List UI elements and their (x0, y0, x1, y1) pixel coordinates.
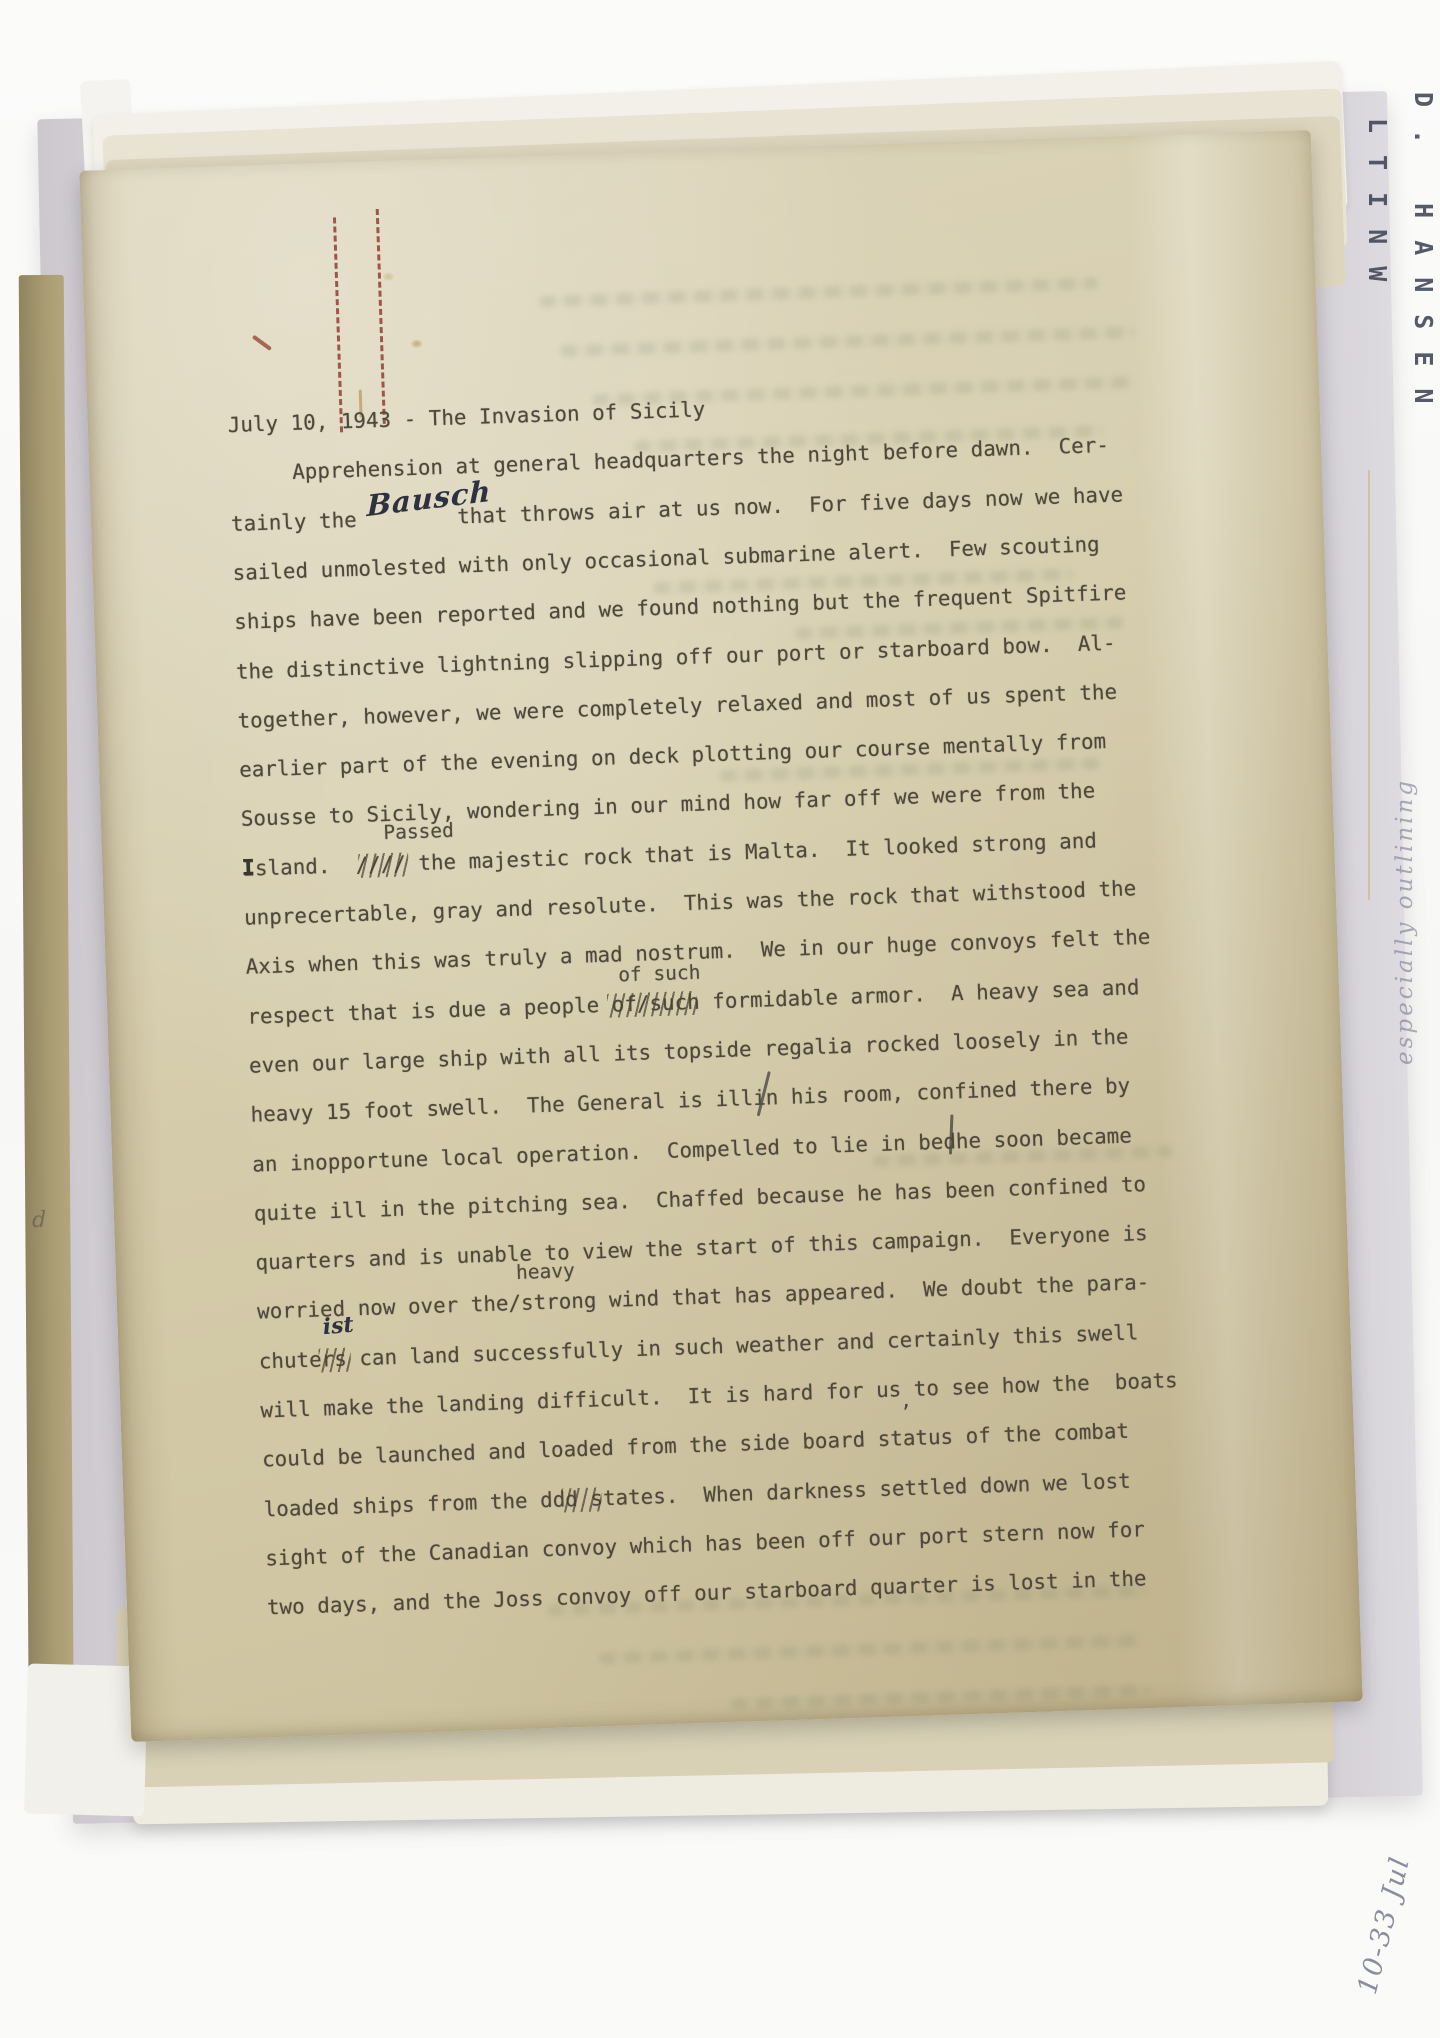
typed-line: heavy 15 foot swell. The General is illi… (250, 1073, 1130, 1128)
strikethrough-mark (561, 1487, 602, 1512)
photographed-document: { "doc": { "title": "July 10, 1943 - The… (0, 0, 1440, 2038)
typed-line: quarters and is unable to view the start… (255, 1220, 1148, 1276)
strikethrough-mark (318, 1348, 351, 1373)
typed-line: will make the landing difficult. It is h… (260, 1367, 1178, 1423)
bleed-through-mark (730, 1684, 1150, 1710)
handwritten-correction: ist (322, 1312, 355, 1341)
corner-handwritten-note: 10-33 Jul (1352, 1853, 1416, 1998)
bleed-through-mark (599, 1635, 1139, 1665)
strikethrough-mark (607, 991, 698, 1018)
typed-line: together, however, we were completely re… (237, 679, 1117, 734)
red-ink-stroke (252, 335, 272, 351)
edge-stamp-partial: LTINW (1363, 118, 1392, 303)
typewritten-page: July 10, 1943 - The Invasion of Sicily A… (79, 130, 1362, 1742)
typed-line: could be launched and loaded from the si… (262, 1418, 1130, 1473)
typed-line: sight of the Canadian convoy which has b… (265, 1516, 1145, 1571)
overstruck-capital: I (241, 855, 255, 880)
typed-line: unprecertable, gray and resolute. This w… (244, 875, 1137, 931)
typed-line: an inopportune local operation. Compelle… (252, 1122, 1132, 1177)
typed-line: Sousse to Sicily, wondering in our mind … (240, 778, 1095, 832)
strikethrough-mark (358, 852, 409, 878)
typed-line: earlier part of the evening on deck plot… (239, 728, 1107, 783)
typed-line: tainly the that throws air at us now. Fo… (231, 481, 1124, 537)
inserted-apostrophe-mark: ’ (899, 1400, 912, 1424)
edge-stamp-name: D. HANSEN (1409, 92, 1438, 425)
paper-edge-line (1368, 470, 1370, 900)
typed-line: two days, and the Joss convoy off our st… (267, 1565, 1147, 1620)
page-title: July 10, 1943 - The Invasion of Sicily (227, 396, 705, 438)
typed-line: quite ill in the pitching sea. Chaffed b… (254, 1171, 1147, 1227)
typed-line: even our large ship with all its topside… (249, 1023, 1129, 1078)
typed-insertion-of-such: of such (618, 961, 701, 987)
margin-handwritten-note: especially outlining (1392, 778, 1418, 1065)
red-dashed-mark (376, 209, 386, 424)
typed-insertion-heavy: heavy (516, 1259, 575, 1284)
bleed-through-mark (539, 277, 1099, 308)
typed-line: worried now over the/strong wind that ha… (257, 1269, 1150, 1325)
bleed-through-mark (560, 326, 1135, 357)
typed-line: loaded ships from the ddd states. When d… (263, 1467, 1131, 1522)
typed-insertion-passed: Passed (383, 819, 454, 844)
red-dashed-mark (333, 217, 343, 432)
stain (383, 272, 394, 280)
stain (411, 340, 422, 348)
pencil-letter-mark: d (32, 1208, 46, 1233)
typed-line: chuters can land successfully in such we… (258, 1319, 1138, 1374)
typed-line: the distinctive lightning slipping off o… (236, 629, 1116, 684)
